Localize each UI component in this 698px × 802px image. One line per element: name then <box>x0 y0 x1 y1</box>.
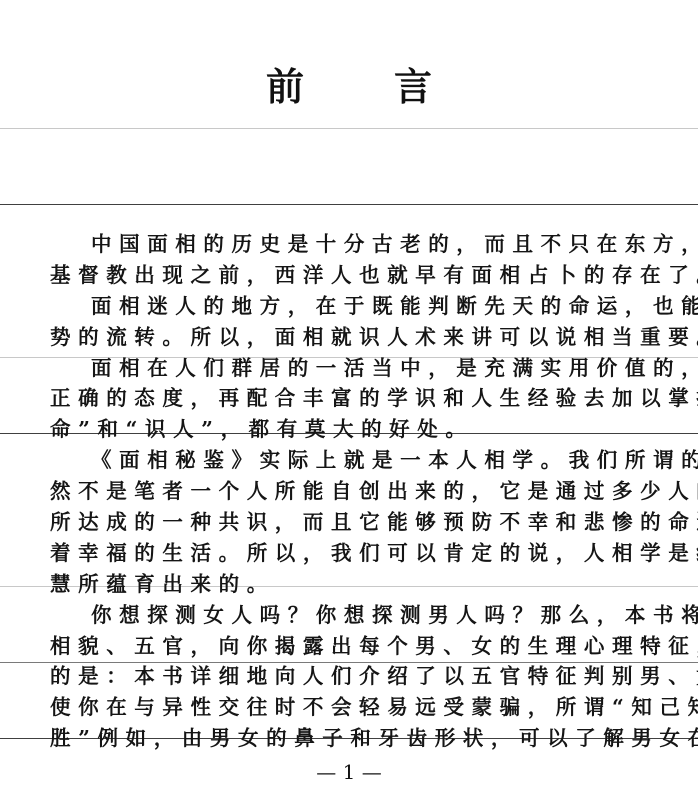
text-line: 基督教出现之前，西洋人也就早有面相占卜的存在了。 <box>50 260 630 291</box>
text-line: 面相迷人的地方，在于既能判断先天的命运，也能看出后天远 <box>50 291 630 322</box>
text-line: 你想探测女人吗？你想探测男人吗？那么，本书将以人们的 <box>50 600 630 631</box>
title-char-1: 前 <box>266 56 304 111</box>
page-number: — 1 — <box>0 760 698 784</box>
text-line: 胜”例如，由男女的鼻子和牙齿形状，可以了解男女在性方面的生 <box>50 723 630 754</box>
text-line: 的是：本书详细地向人们介绍了以五官特征判别男、女的性倾向， <box>50 661 630 692</box>
body-text: 中国面相的历史是十分古老的，而且不只在东方，还在西方的 基督教出现之前，西洋人也… <box>50 229 630 754</box>
page-title: 前言 <box>0 56 698 111</box>
text-line: 着幸福的生活。所以，我们可以肯定的说，人相学是经由大家的智 <box>50 538 630 569</box>
paragraph-2: 面相迷人的地方，在于既能判断先天的命运，也能看出后天远 势的流转。所以，面相就识… <box>50 291 630 353</box>
paragraph-4: 《面相秘鉴》实际上就是一本人相学。我们所谓的人相学，当 然不是笔者一个人所能自创… <box>50 445 630 599</box>
paragraph-3: 面相在人们群居的一活当中，是充满实用价值的，愿读者能用 正确的态度，再配合丰富的… <box>50 353 630 446</box>
text-line: 势的流转。所以，面相就识人术来讲可以说相当重要。 <box>50 322 630 353</box>
scan-rule <box>0 128 698 129</box>
text-line: 命”和“识人”，都有莫大的好处。 <box>50 414 630 445</box>
text-line: 慧所蕴育出来的。 <box>50 569 630 600</box>
text-line: 面相在人们群居的一活当中，是充满实用价值的，愿读者能用 <box>50 353 630 384</box>
text-line: 使你在与异性交往时不会轻易远受蒙骗，所谓“知己知彼，百战百 <box>50 692 630 723</box>
text-line: 正确的态度，再配合丰富的学识和人生经验去加以掌握，对于“知 <box>50 383 630 414</box>
text-line: 然不是笔者一个人所能自创出来的，它是通过多少人的体验累积 <box>50 476 630 507</box>
paragraph-5: 你想探测女人吗？你想探测男人吗？那么，本书将以人们的 相貌、五官，向你揭露出每个… <box>50 600 630 754</box>
text-line: 所达成的一种共识，而且它能够预防不幸和悲惨的命运，认人类过 <box>50 507 630 538</box>
title-char-2: 言 <box>394 56 432 111</box>
text-line: 相貌、五官，向你揭露出每个男、女的生理心理特征，特别值得一提 <box>50 631 630 662</box>
paragraph-1: 中国面相的历史是十分古老的，而且不只在东方，还在西方的 基督教出现之前，西洋人也… <box>50 229 630 291</box>
scan-rule <box>0 204 698 205</box>
text-line: 《面相秘鉴》实际上就是一本人相学。我们所谓的人相学，当 <box>50 445 630 476</box>
text-line: 中国面相的历史是十分古老的，而且不只在东方，还在西方的 <box>50 229 630 260</box>
